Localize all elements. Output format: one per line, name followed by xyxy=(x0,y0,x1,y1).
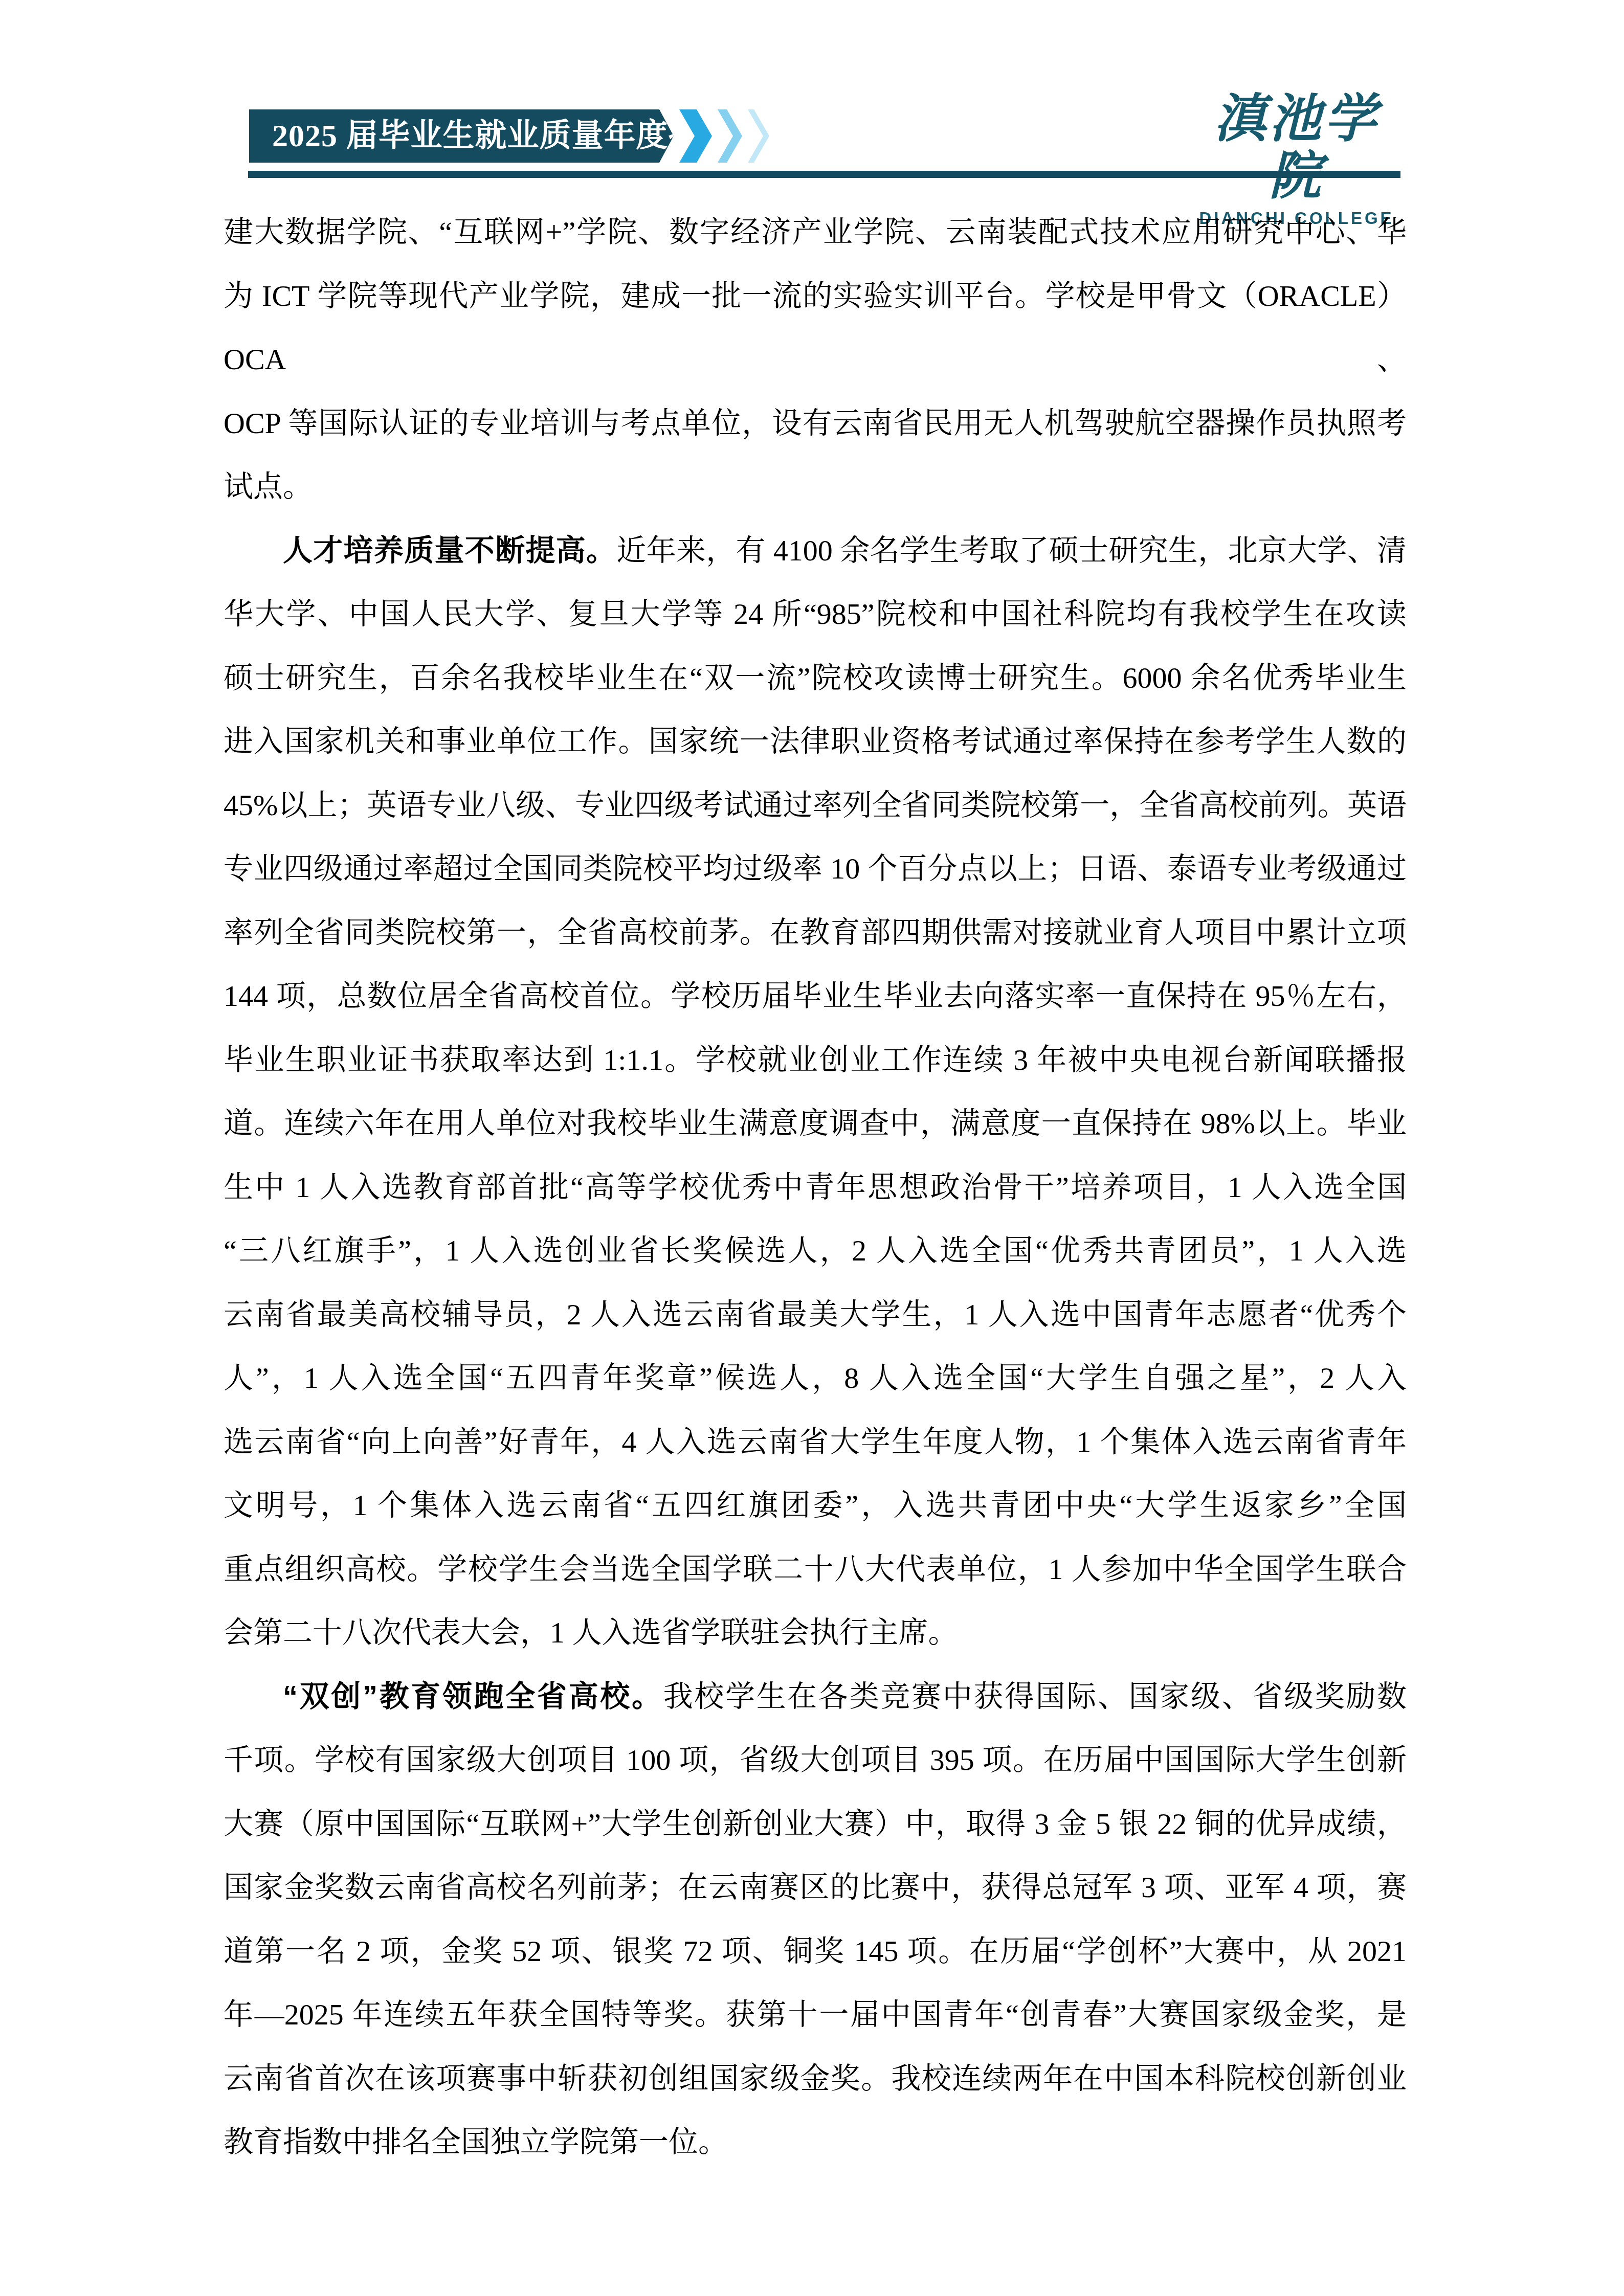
text-line: 45%以上；英语专业八级、专业四级考试通过率列全省同类院校第一，全省高校前列。英… xyxy=(224,774,1407,838)
bold-lead-in: 人才培养质量不断提高。 xyxy=(283,534,616,567)
text-line: 为 ICT 学院等现代产业学院，建成一批一流的实验实训平台。学校是甲骨文（ORA… xyxy=(224,264,1407,392)
text-line: 教育指数中排名全国独立学院第一位。 xyxy=(224,2110,1407,2174)
body-text: 建大数据学院、“互联网+”学院、数字经济产业学院、云南装配式技术应用研究中心、华… xyxy=(224,200,1407,2174)
logo-chinese-name: 滇池学院 xyxy=(1192,91,1401,206)
chevron-icon xyxy=(748,109,769,163)
page-title: 2025 届毕业生就业质量年度报告 xyxy=(272,109,733,163)
text-line: 会第二十八次代表大会，1 人入选省学联驻会执行主席。 xyxy=(224,1601,1407,1665)
text-line: 年—2025 年连续五年获全国特等奖。获第十一届中国青年“创青春”大赛国家级金奖… xyxy=(224,1983,1407,2047)
text-line: 云南省首次在该项赛事中斩获初创组国家级金奖。我校连续两年在中国本科院校创新创业 xyxy=(224,2047,1407,2111)
text-line: 道。连续六年在用人单位对我校毕业生满意度调查中，满意度一直保持在 98%以上。毕… xyxy=(224,1092,1407,1156)
chevron-icon xyxy=(679,109,712,163)
text-line: 建大数据学院、“互联网+”学院、数字经济产业学院、云南装配式技术应用研究中心、华 xyxy=(224,200,1407,264)
text-line: 率列全省同类院校第一，全省高校前茅。在教育部四期供需对接就业育人项目中累计立项 xyxy=(224,901,1407,965)
text-line: “双创”教育领跑全省高校。我校学生在各类竞赛中获得国际、国家级、省级奖励数 xyxy=(224,1665,1407,1729)
text-line: OCP 等国际认证的专业培训与考点单位，设有云南省民用无人机驾驶航空器操作员执照… xyxy=(224,392,1407,456)
text-line: 硕士研究生，百余名我校毕业生在“双一流”院校攻读博士研究生。6000 余名优秀毕… xyxy=(224,646,1407,710)
text-line: 专业四级通过率超过全国同类院校平均过级率 10 个百分点以上；日语、泰语专业考级… xyxy=(224,837,1407,901)
text-line: 重点组织高校。学校学生会当选全国学联二十八大代表单位，1 人参加中华全国学生联合 xyxy=(224,1538,1407,1602)
text-line: 进入国家机关和事业单位工作。国家统一法律职业资格考试通过率保持在参考学生人数的 xyxy=(224,710,1407,774)
text-line: 人才培养质量不断提高。近年来，有 4100 余名学生考取了硕士研究生，北京大学、… xyxy=(224,519,1407,583)
text-line: “三八红旗手”，1 人入选创业省长奖候选人，2 人入选全国“优秀共青团员”，1 … xyxy=(224,1219,1407,1283)
header-banner: 2025 届毕业生就业质量年度报告 xyxy=(249,109,674,163)
text-line: 华大学、中国人民大学、复旦大学等 24 所“985”院校和中国社科院均有我校学生… xyxy=(224,582,1407,646)
text-line: 选云南省“向上向善”好青年，4 人入选云南省大学生年度人物，1 个集体入选云南省… xyxy=(224,1410,1407,1474)
text-line: 144 项，总数位居全省高校首位。学校历届毕业生毕业去向落实率一直保持在 95％… xyxy=(224,964,1407,1028)
text-line: 千项。学校有国家级大创项目 100 项，省级大创项目 395 项。在历届中国国际… xyxy=(224,1728,1407,1792)
text-line: 文明号，1 个集体入选云南省“五四红旗团委”，入选共青团中央“大学生返家乡”全国 xyxy=(224,1474,1407,1538)
text-line: 国家金奖数云南省高校名列前茅；在云南赛区的比赛中，获得总冠军 3 项、亚军 4 … xyxy=(224,1856,1407,1920)
text-line: 生中 1 人入选教育部首批“高等学校优秀中青年思想政治骨干”培养项目，1 人入选… xyxy=(224,1156,1407,1220)
text-line: 人”，1 人入选全国“五四青年奖章”候选人，8 人入选全国“大学生自强之星”，2… xyxy=(224,1346,1407,1410)
text-line: 大赛（原中国国际“互联网+”大学生创新创业大赛）中，取得 3 金 5 银 22 … xyxy=(224,1792,1407,1856)
report-page: 2025 届毕业生就业质量年度报告 滇池学院 DIANCHI COLLEGE 建… xyxy=(0,0,1624,2296)
header-divider xyxy=(248,171,1400,178)
text-line: 毕业生职业证书获取率达到 1:1.1。学校就业创业工作连续 3 年被中央电视台新… xyxy=(224,1028,1407,1092)
text-line: 试点。 xyxy=(224,455,1407,519)
chevron-icon xyxy=(718,109,742,163)
banner-chevrons xyxy=(679,109,769,163)
text-line: 云南省最美高校辅导员，2 人入选云南省最美大学生，1 人入选中国青年志愿者“优秀… xyxy=(224,1283,1407,1347)
text-line: 道第一名 2 项，金奖 52 项、银奖 72 项、铜奖 145 项。在历届“学创… xyxy=(224,1920,1407,1984)
bold-lead-in: “双创”教育领跑全省高校。 xyxy=(283,1680,663,1713)
